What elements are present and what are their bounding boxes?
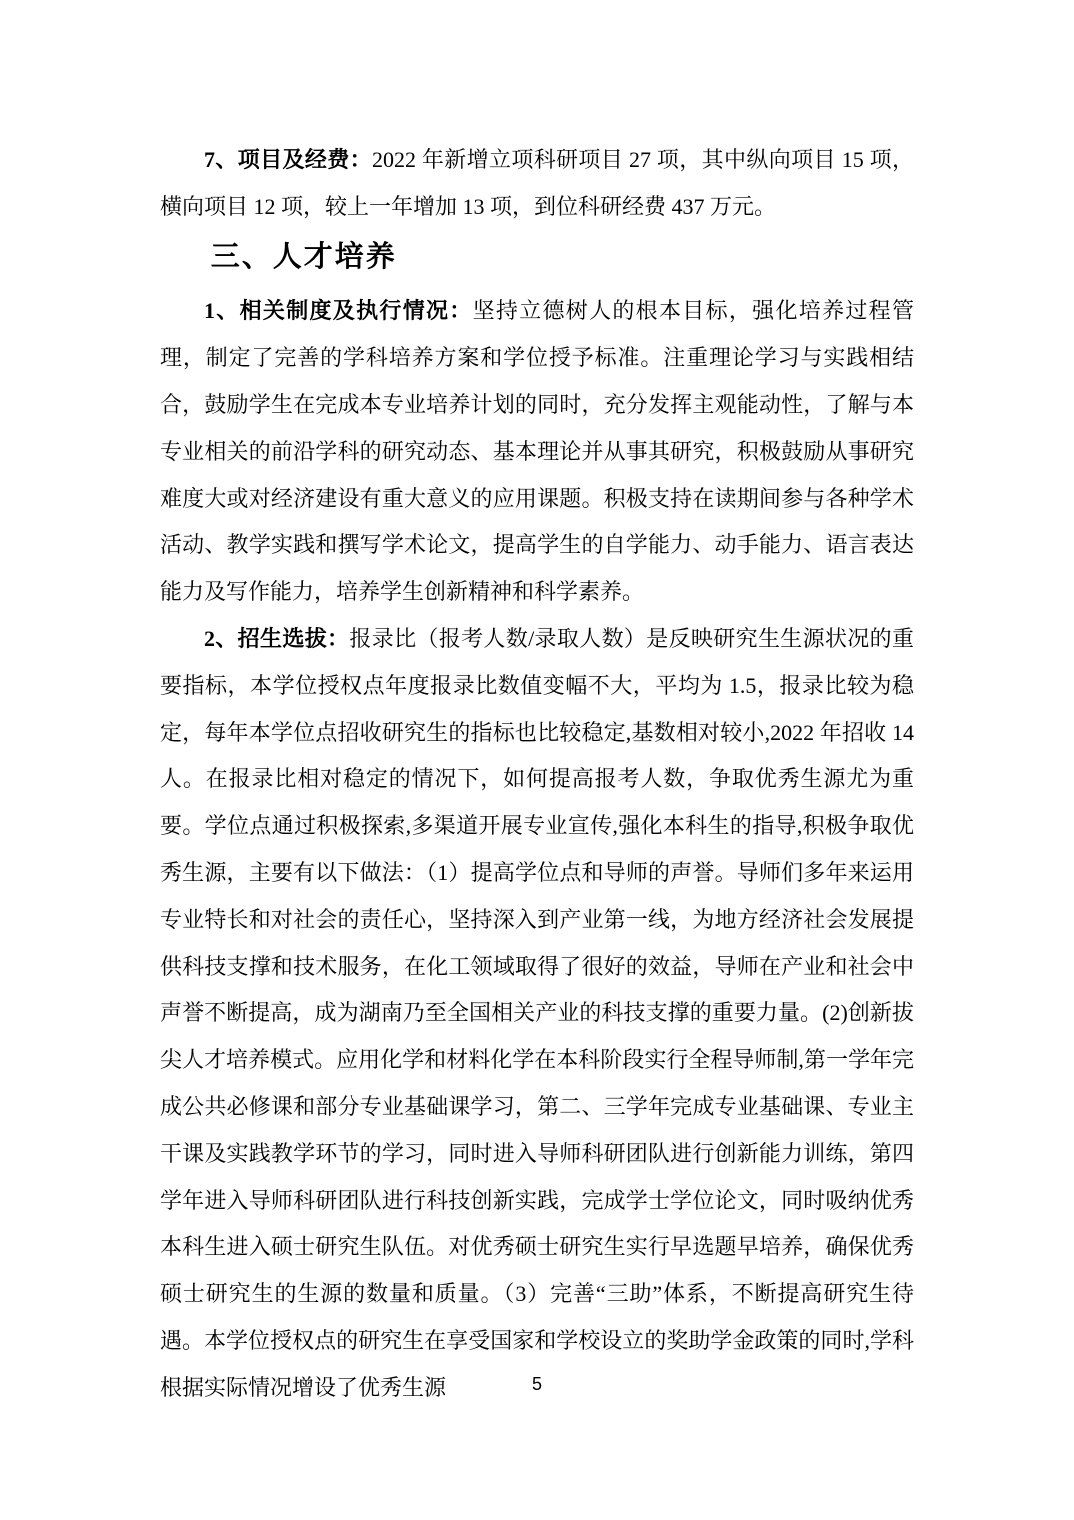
paragraph-lead-projects-funding: 7、项目及经费：: [204, 147, 372, 172]
paragraph-text-system-and-execution: 坚持立德树人的根本目标，强化培养过程管理，制定了完善的学科培养方案和学位授予标准…: [160, 298, 914, 604]
paragraph-lead-admissions-selection: 2、招生选拔：: [204, 626, 349, 651]
paragraph-text-admissions-selection: 报录比（报考人数/录取人数）是反映研究生生源状况的重要指标，本学位授权点年度报录…: [160, 626, 914, 1400]
paragraph-admissions-selection: 2、招生选拔：报录比（报考人数/录取人数）是反映研究生生源状况的重要指标，本学位…: [160, 616, 914, 1412]
paragraph-projects-funding: 7、项目及经费：2022 年新增立项科研项目 27 项，其中纵向项目 15 项，…: [160, 137, 914, 231]
paragraph-system-and-execution: 1、相关制度及执行情况：坚持立德树人的根本目标，强化培养过程管理，制定了完善的学…: [160, 288, 914, 616]
paragraph-lead-system-and-execution: 1、相关制度及执行情况：: [204, 298, 473, 323]
page-number: 5: [0, 1372, 1074, 1396]
document-page: 7、项目及经费：2022 年新增立项科研项目 27 项，其中纵向项目 15 项，…: [0, 0, 1074, 1520]
section-heading-talent-cultivation: 三、人才培养: [160, 234, 914, 281]
